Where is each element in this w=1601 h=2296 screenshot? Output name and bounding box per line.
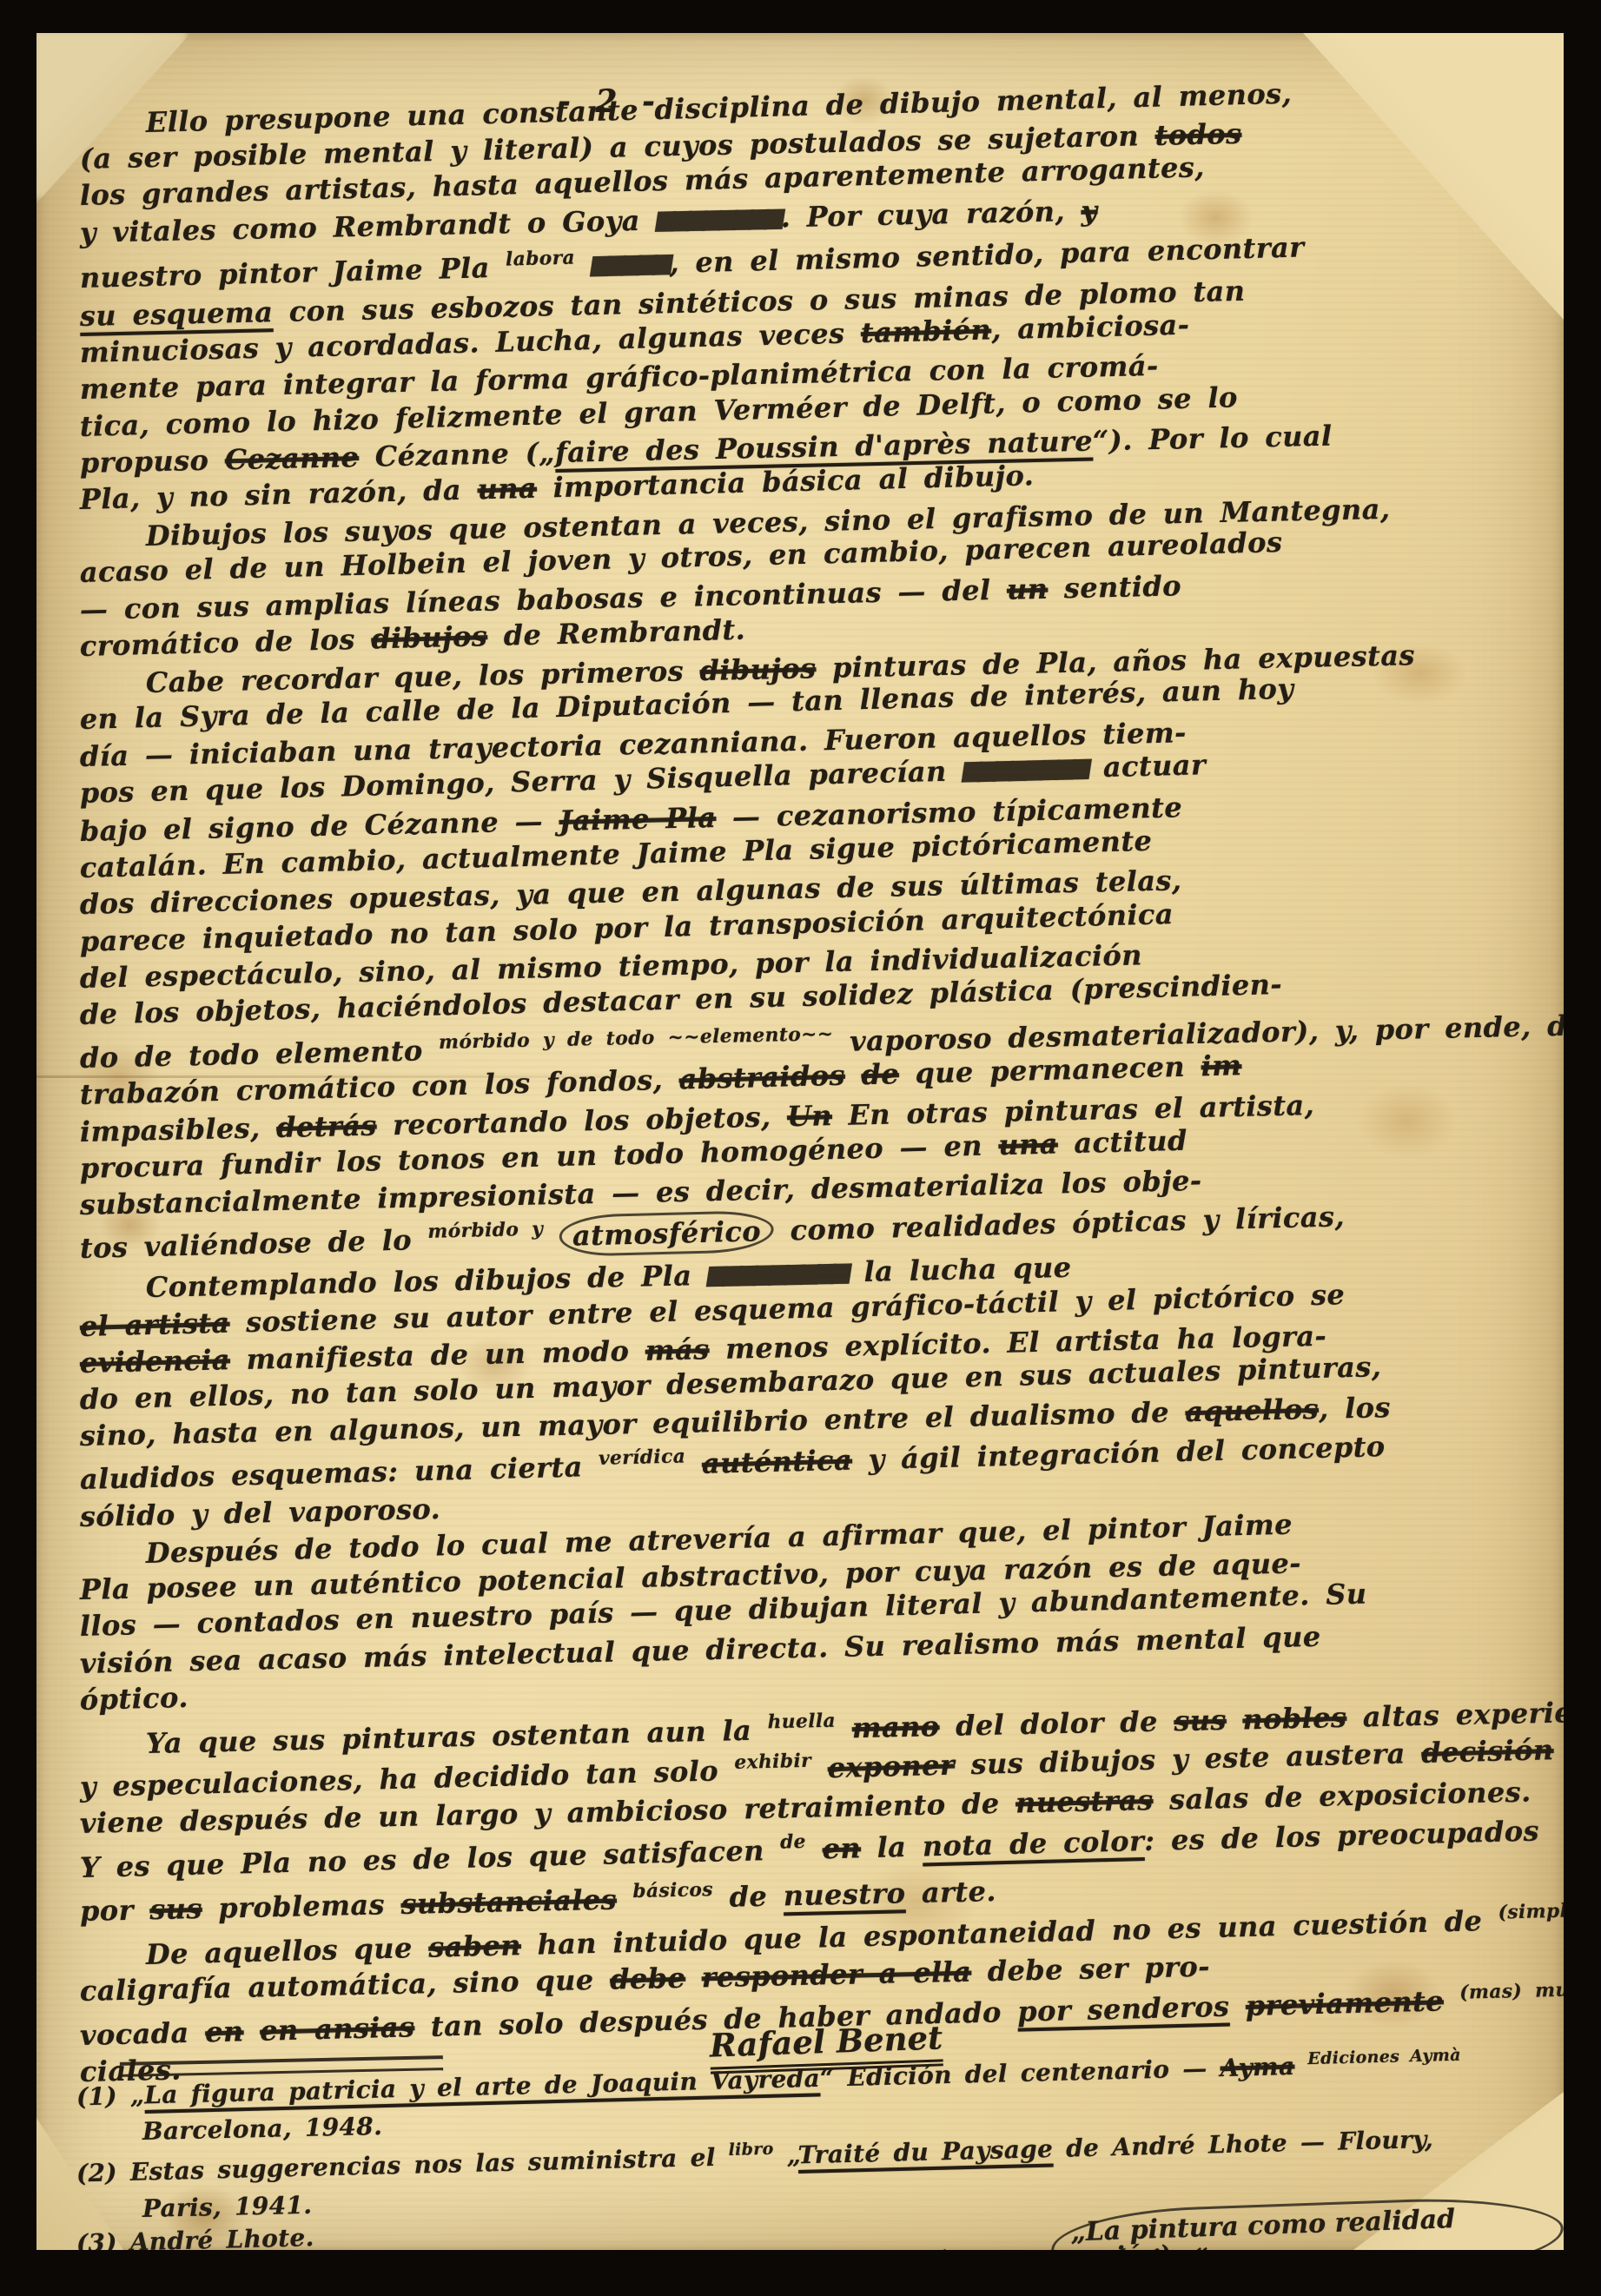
photo-background: - 2 - Ello presupone una constante disci…	[0, 0, 1601, 2296]
body-lines: Ello presupone una constante disciplina …	[80, 104, 1539, 2090]
manuscript-page: - 2 - Ello presupone una constante disci…	[36, 33, 1564, 2250]
